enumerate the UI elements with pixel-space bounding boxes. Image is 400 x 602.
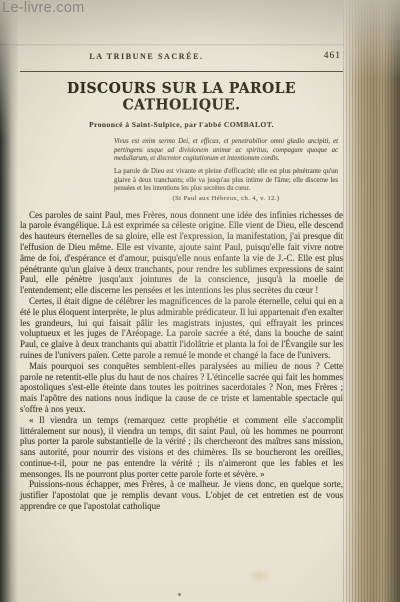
paper-speck (178, 593, 181, 596)
sermon-body: Ces paroles de saint Paul, mes Frères, n… (20, 210, 343, 512)
running-head: LA TRIBUNE SACRÉE. 461 (20, 52, 343, 65)
journal-title: LA TRIBUNE SACRÉE. (20, 52, 273, 61)
paragraph-4: « Il viendra un temps (remarquez cette p… (20, 415, 343, 480)
epigraph-latin: Vivus est enim sermo Dei, et efficax, et… (114, 138, 338, 164)
epigraph-french: La parole de Dieu est vivante et pleine … (114, 168, 338, 194)
scanned-book-page: Le-livre.com LA TRIBUNE SACRÉE. 461 DISC… (0, 0, 400, 602)
paper-stain (246, 568, 272, 584)
page-number: 461 (324, 51, 341, 61)
page-crease (0, 44, 344, 46)
epigraph-citation: (St Paul aux Hébreux, ch. 4, v. 12.) (114, 195, 338, 203)
sermon-subtitle: Prononcé à Saint-Sulpice, par l'abbé COM… (20, 120, 343, 129)
paragraph-2: Certes, il était digne de célébrer les m… (20, 296, 343, 361)
page-content: LA TRIBUNE SACRÉE. 461 DISCOURS SUR LA P… (20, 52, 343, 512)
epigraph-block: Vivus est enim sermo Dei, et efficax, et… (114, 138, 338, 204)
paragraph-1: Ces paroles de saint Paul, mes Frères, n… (20, 210, 343, 296)
book-fore-edge (343, 0, 400, 602)
watermark-le-livre: Le-livre.com (2, 0, 85, 16)
paragraph-5: Puissions-nous échapper, mes Frères, à c… (20, 479, 343, 511)
header-rule (20, 71, 343, 72)
book-gutter-shadow (0, 0, 18, 602)
paragraph-3: Mais pourquoi ses conquêtes semblent-ell… (20, 361, 343, 415)
sermon-title: DISCOURS SUR LA PAROLE CATHOLIQUE. (20, 80, 343, 114)
